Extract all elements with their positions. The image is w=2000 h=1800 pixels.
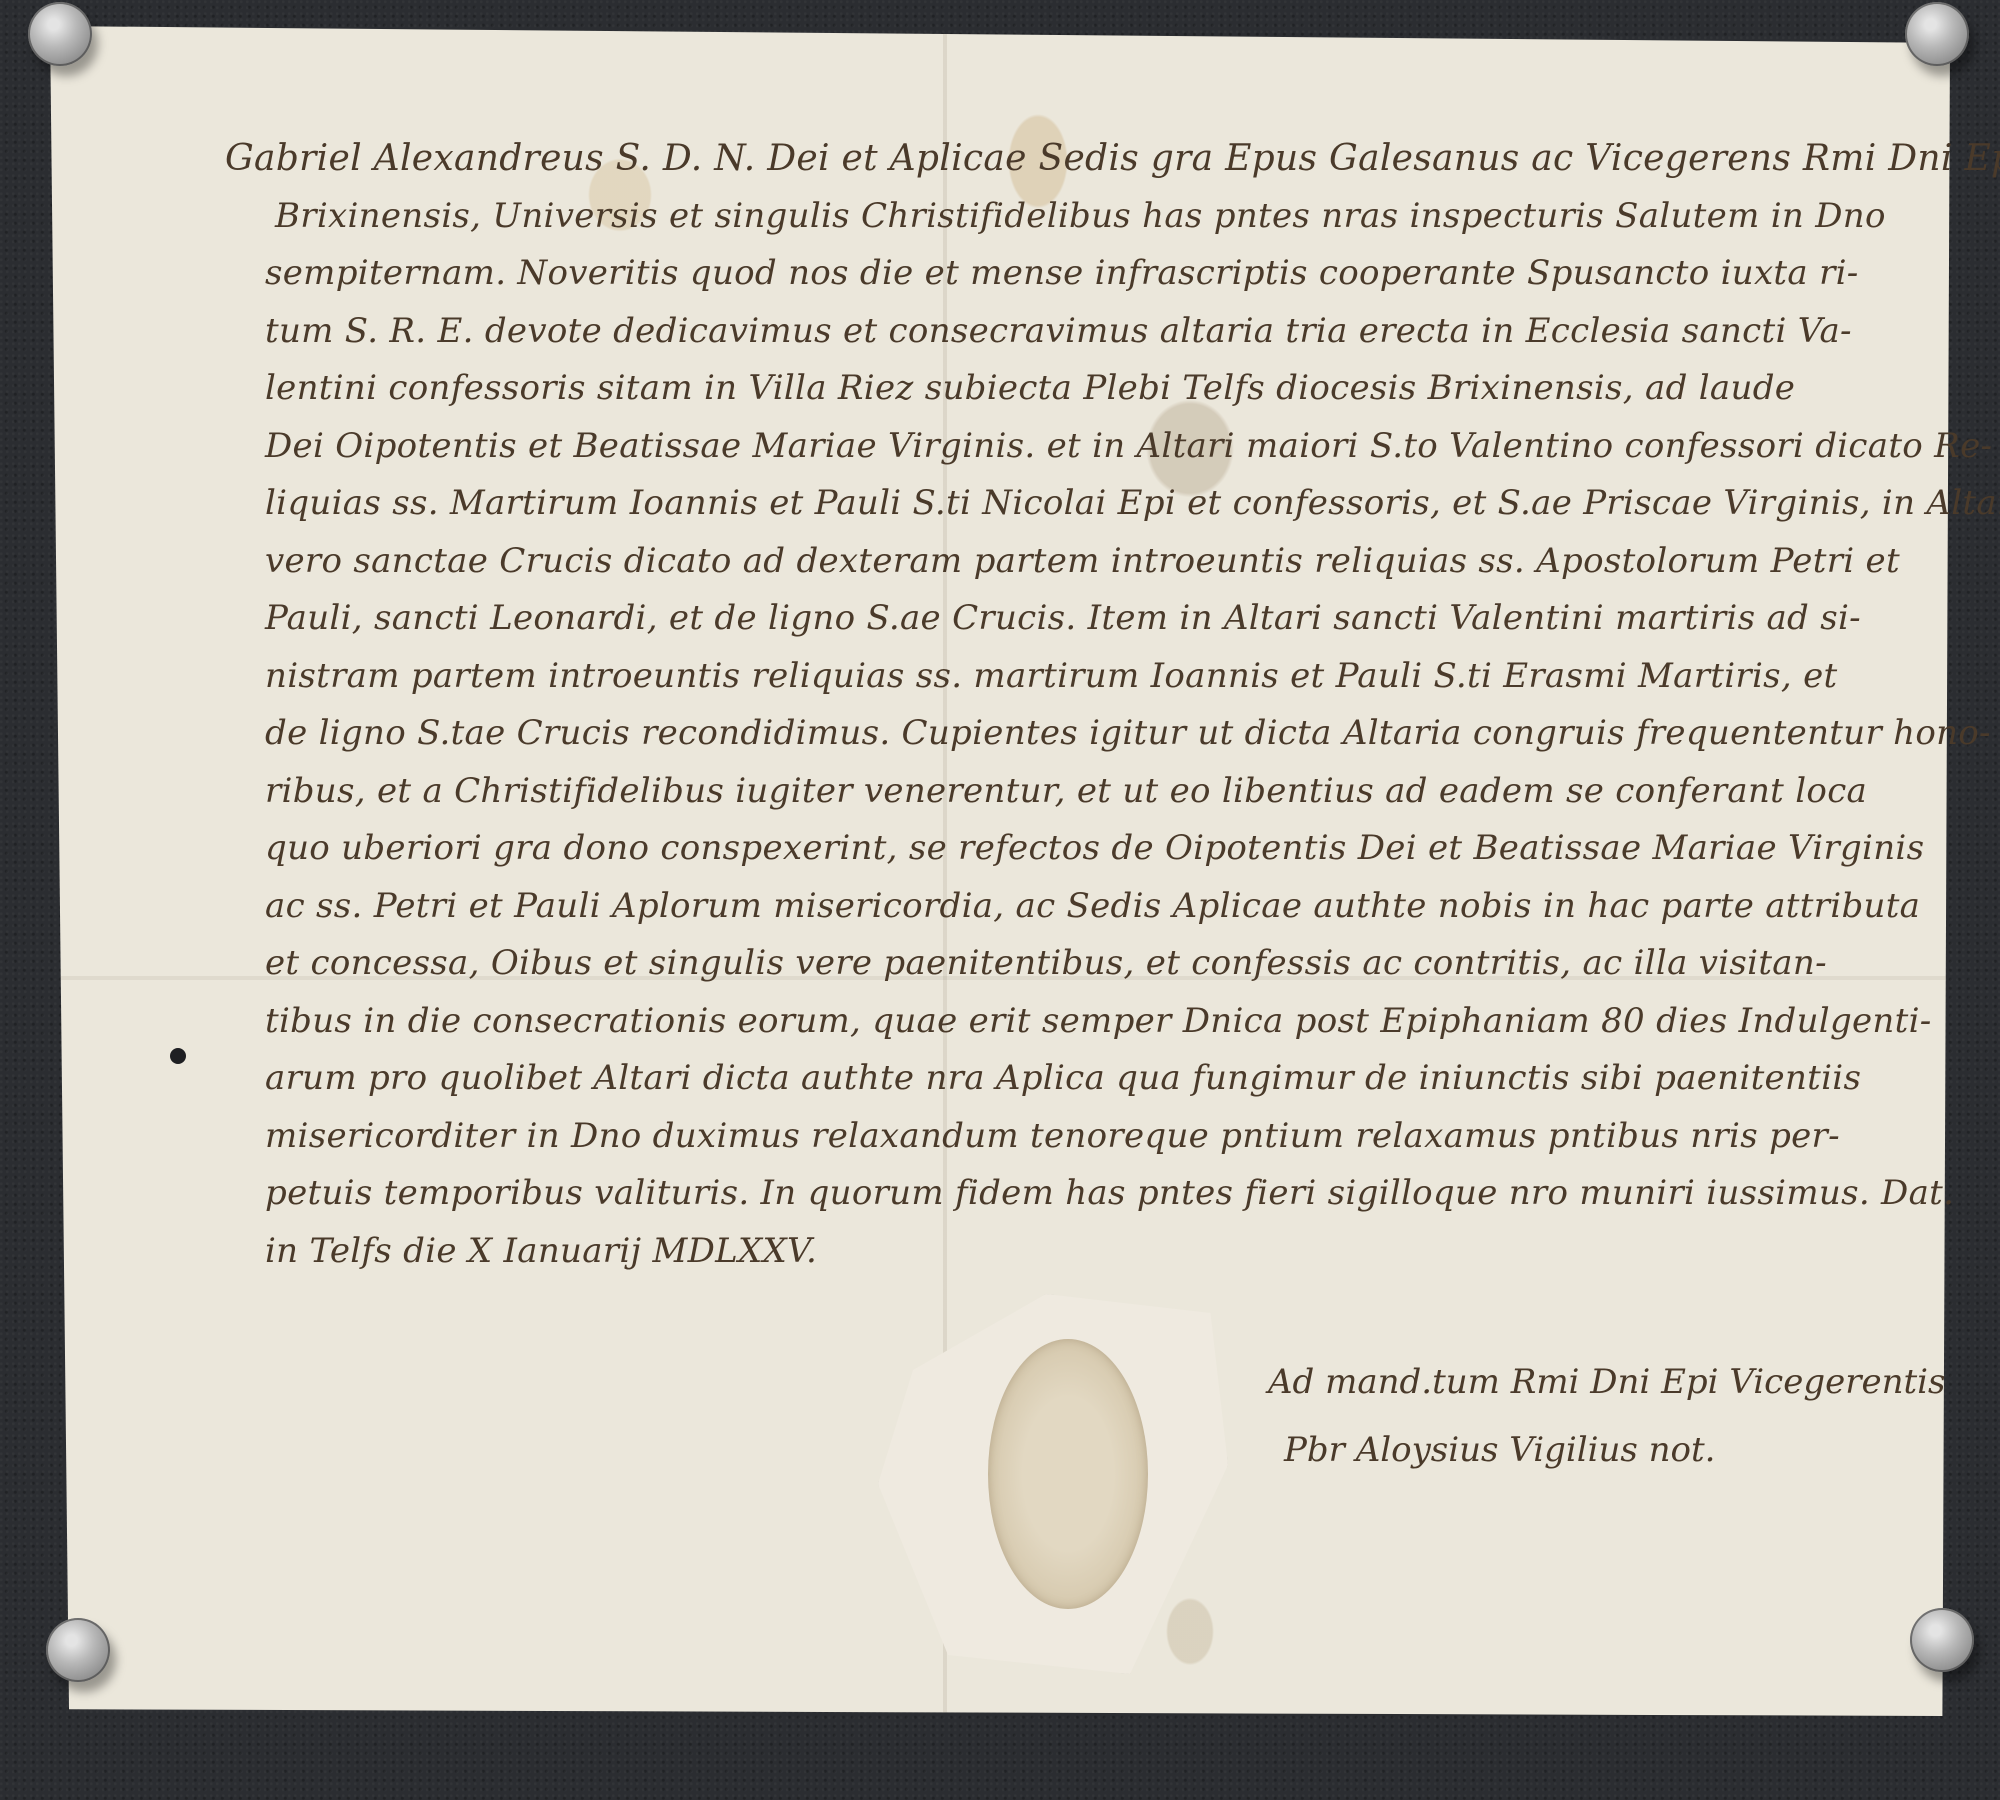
- seal-impression: [988, 1339, 1148, 1609]
- notary-subscription: Ad mand.tum Rmi Dni Epi Vicegerentis Pbr…: [1268, 1348, 1928, 1484]
- text-line: Gabriel Alexandreus S. D. N. Dei et Apli…: [225, 130, 1945, 188]
- text-line: misericorditer in Dno duximus relaxandum…: [225, 1108, 1945, 1166]
- text-line: quo uberiori gra dono conspexerint, se r…: [225, 820, 1945, 878]
- text-line: sempiternam. Noveritis quod nos die et m…: [225, 245, 1945, 303]
- text-line: et concessa, Oibus et singulis vere paen…: [225, 935, 1945, 993]
- magnet-pin-bottom-left: [46, 1618, 110, 1682]
- text-line: arum pro quolibet Altari dicta authte nr…: [225, 1050, 1945, 1108]
- text-line: tibus in die consecrationis eorum, quae …: [225, 993, 1945, 1051]
- text-line: lentini confessoris sitam in Villa Riez …: [225, 360, 1945, 418]
- magnet-pin-bottom-right: [1910, 1608, 1974, 1672]
- text-line: de ligno S.tae Crucis recondidimus. Cupi…: [225, 705, 1945, 763]
- date-line: in Telfs die X Ianuarij MDLXXV.: [225, 1223, 1945, 1281]
- seal-paper: [878, 1294, 1228, 1674]
- subscription-signature: Pbr Aloysius Vigilius not.: [1268, 1416, 1928, 1484]
- paper-hole: [170, 1048, 186, 1064]
- text-line: ribus, et a Christifidelibus iugiter ven…: [225, 763, 1945, 821]
- text-line: vero sanctae Crucis dicato ad dexteram p…: [225, 533, 1945, 591]
- text-line: ac ss. Petri et Pauli Aplorum misericord…: [225, 878, 1945, 936]
- subscription-mandate: Ad mand.tum Rmi Dni Epi Vicegerentis: [1268, 1348, 1928, 1416]
- magnet-pin-top-right: [1905, 2, 1969, 66]
- manuscript-body: Gabriel Alexandreus S. D. N. Dei et Apli…: [225, 130, 1945, 1280]
- text-line: Pauli, sancti Leonardi, et de ligno S.ae…: [225, 590, 1945, 648]
- text-line: Dei Oipotentis et Beatissae Mariae Virgi…: [225, 418, 1945, 476]
- magnet-pin-top-left: [28, 2, 92, 66]
- text-line: tum S. R. E. devote dedicavimus et conse…: [225, 303, 1945, 361]
- text-line: Brixinensis, Universis et singulis Chris…: [225, 188, 1945, 246]
- text-line: nistram partem introeuntis reliquias ss.…: [225, 648, 1945, 706]
- text-line: petuis temporibus valituris. In quorum f…: [225, 1165, 1945, 1223]
- text-line: liquias ss. Martirum Ioannis et Pauli S.…: [225, 475, 1945, 533]
